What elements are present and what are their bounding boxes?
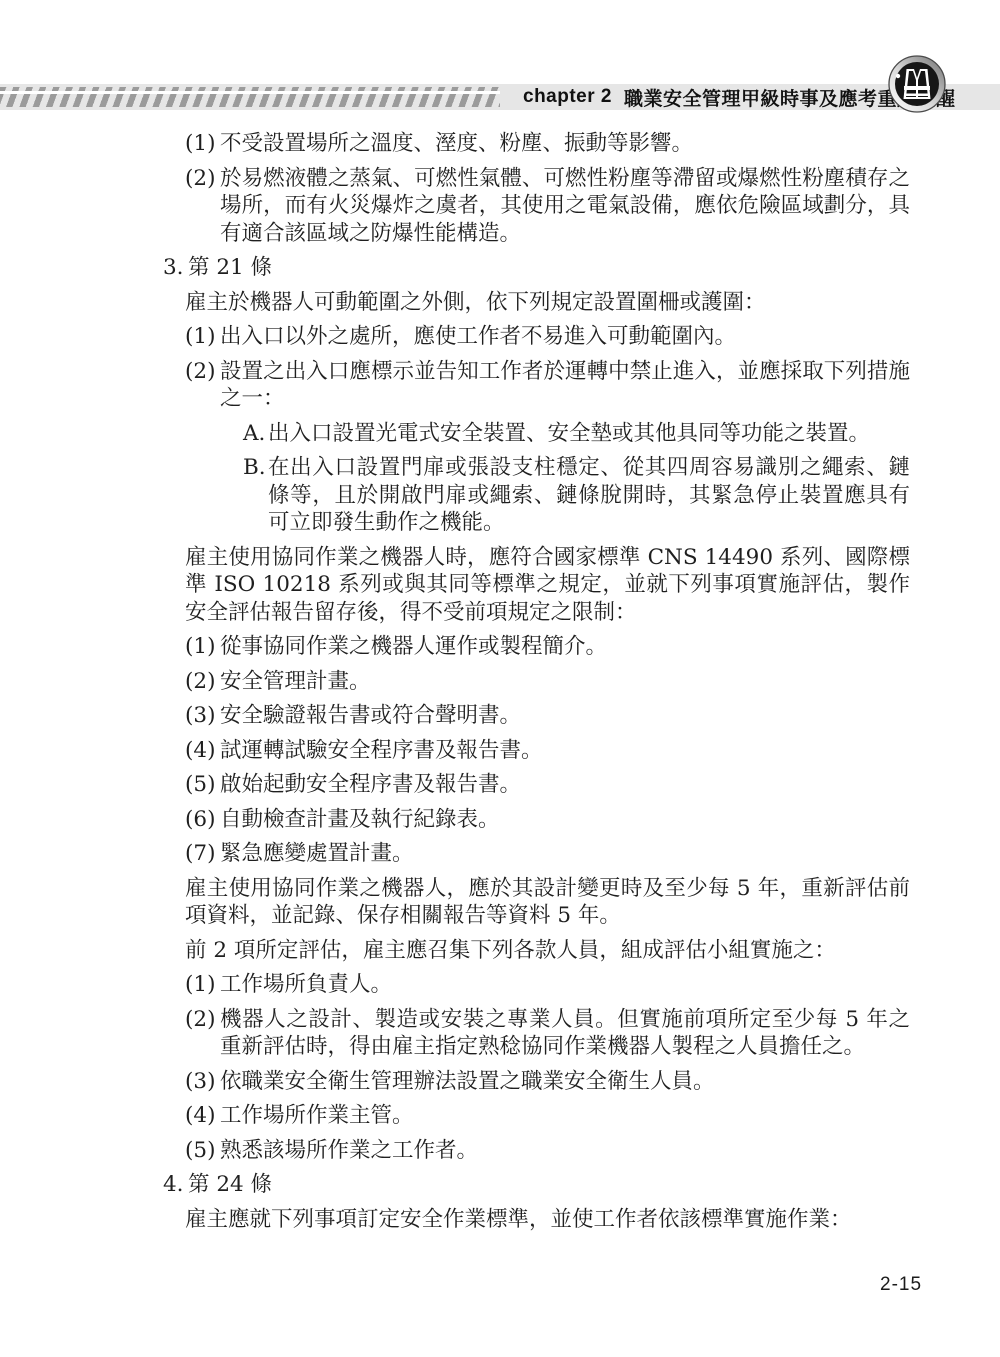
content-block: (1)工作場所負責人。 <box>163 971 910 999</box>
block-text: 於易燃液體之蒸氣、可燃性氣體、可燃性粉塵等滯留或爆燃性粉塵積存之場所，而有火災爆… <box>220 165 910 248</box>
content-block: (1)出入口以外之處所，應使工作者不易進入可動範圍內。 <box>163 323 910 351</box>
content-block: B.在出入口設置門扉或張設支柱穩定、從其四周容易識別之繩索、鏈條等，且於開啟門扉… <box>163 454 910 537</box>
block-text: 工作場所負責人。 <box>220 971 910 999</box>
content-block: (6)自動檢查計畫及執行紀錄表。 <box>163 806 910 834</box>
safety-vest-icon <box>888 55 946 113</box>
list-marker: (3) <box>185 1068 220 1096</box>
list-marker: (5) <box>185 1137 220 1165</box>
block-text: 雇主於機器人可動範圍之外側，依下列規定設置圍柵或護圍： <box>185 289 910 317</box>
list-marker: (1) <box>185 323 220 351</box>
list-marker: (2) <box>185 1006 220 1061</box>
list-marker: (1) <box>185 633 220 661</box>
block-text: 出入口以外之處所，應使工作者不易進入可動範圍內。 <box>220 323 910 351</box>
block-text: 第 24 條 <box>188 1171 910 1199</box>
block-text: 試運轉試驗安全程序書及報告書。 <box>220 737 910 765</box>
header-stripes-decoration <box>0 87 500 107</box>
content-block: (1)不受設置場所之溫度、溼度、粉塵、振動等影響。 <box>163 130 910 158</box>
content-block: (2)安全管理計畫。 <box>163 668 910 696</box>
content-block: (2)機器人之設計、製造或安裝之專業人員。但實施前項所定至少每 5 年之重新評估… <box>163 1006 910 1061</box>
block-text: 在出入口設置門扉或張設支柱穩定、從其四周容易識別之繩索、鏈條等，且於開啟門扉或繩… <box>268 454 910 537</box>
block-text: 工作場所作業主管。 <box>220 1102 910 1130</box>
block-text: 雇主使用協同作業之機器人，應於其設計變更時及至少每 5 年，重新評估前項資料，並… <box>185 875 910 930</box>
block-text: 雇主使用協同作業之機器人時，應符合國家標準 CNS 14490 系列、國際標準 … <box>185 544 910 627</box>
content-block: (7)緊急應變處置計畫。 <box>163 840 910 868</box>
content-block: (1)從事協同作業之機器人運作或製程簡介。 <box>163 633 910 661</box>
block-text: 熟悉該場所作業之工作者。 <box>220 1137 910 1165</box>
content-block: (3)依職業安全衛生管理辦法設置之職業安全衛生人員。 <box>163 1068 910 1096</box>
content-block: 雇主使用協同作業之機器人，應於其設計變更時及至少每 5 年，重新評估前項資料，並… <box>163 875 910 930</box>
content-block: (3)安全驗證報告書或符合聲明書。 <box>163 702 910 730</box>
list-marker: (5) <box>185 771 220 799</box>
block-text: 啟始起動安全程序書及報告書。 <box>220 771 910 799</box>
content-block: (5)啟始起動安全程序書及報告書。 <box>163 771 910 799</box>
list-marker: (1) <box>185 971 220 999</box>
page-content: (1)不受設置場所之溫度、溼度、粉塵、振動等影響。(2)於易燃液體之蒸氣、可燃性… <box>163 130 910 1233</box>
block-text: 不受設置場所之溫度、溼度、粉塵、振動等影響。 <box>220 130 910 158</box>
list-marker: 3. <box>163 254 188 282</box>
block-text: 自動檢查計畫及執行紀錄表。 <box>220 806 910 834</box>
content-block: 雇主應就下列事項訂定安全作業標準，並使工作者依該標準實施作業： <box>163 1206 910 1234</box>
block-text: 機器人之設計、製造或安裝之專業人員。但實施前項所定至少每 5 年之重新評估時，得… <box>220 1006 910 1061</box>
chapter-header-band: chapter 2 職業安全管理甲級時事及應考重點提醒 <box>0 84 1000 110</box>
content-block: 雇主使用協同作業之機器人時，應符合國家標準 CNS 14490 系列、國際標準 … <box>163 544 910 627</box>
block-text: 前 2 項所定評估，雇主應召集下列各款人員，組成評估小組實施之： <box>185 937 910 965</box>
block-text: 安全管理計畫。 <box>220 668 910 696</box>
block-text: 設置之出入口應標示並告知工作者於運轉中禁止進入，並應採取下列措施之一： <box>220 358 910 413</box>
content-block: (2)設置之出入口應標示並告知工作者於運轉中禁止進入，並應採取下列措施之一： <box>163 358 910 413</box>
list-marker: 4. <box>163 1171 188 1199</box>
block-text: 安全驗證報告書或符合聲明書。 <box>220 702 910 730</box>
content-block: (5)熟悉該場所作業之工作者。 <box>163 1137 910 1165</box>
list-marker: (3) <box>185 702 220 730</box>
block-text: 依職業安全衛生管理辦法設置之職業安全衛生人員。 <box>220 1068 910 1096</box>
section-item: 4.第 24 條 <box>163 1171 910 1199</box>
list-marker: (4) <box>185 1102 220 1130</box>
list-marker: (1) <box>185 130 220 158</box>
content-block: 前 2 項所定評估，雇主應召集下列各款人員，組成評估小組實施之： <box>163 937 910 965</box>
block-text: 雇主應就下列事項訂定安全作業標準，並使工作者依該標準實施作業： <box>185 1206 910 1234</box>
chapter-label: chapter 2 <box>523 86 612 108</box>
section-item: 3.第 21 條 <box>163 254 910 282</box>
list-marker: A. <box>243 420 268 448</box>
content-block: A.出入口設置光電式安全裝置、安全墊或其他具同等功能之裝置。 <box>163 420 910 448</box>
list-marker: (6) <box>185 806 220 834</box>
list-marker: (2) <box>185 668 220 696</box>
block-text: 出入口設置光電式安全裝置、安全墊或其他具同等功能之裝置。 <box>268 420 910 448</box>
content-block: (4)工作場所作業主管。 <box>163 1102 910 1130</box>
list-marker: (2) <box>185 358 220 413</box>
list-marker: (7) <box>185 840 220 868</box>
content-block: 雇主於機器人可動範圍之外側，依下列規定設置圍柵或護圍： <box>163 289 910 317</box>
content-block: (4)試運轉試驗安全程序書及報告書。 <box>163 737 910 765</box>
list-marker: B. <box>243 454 268 537</box>
block-text: 緊急應變處置計畫。 <box>220 840 910 868</box>
block-text: 從事協同作業之機器人運作或製程簡介。 <box>220 633 910 661</box>
block-text: 第 21 條 <box>188 254 910 282</box>
list-marker: (4) <box>185 737 220 765</box>
page-number: 2-15 <box>880 1274 922 1296</box>
content-block: (2)於易燃液體之蒸氣、可燃性氣體、可燃性粉塵等滯留或爆燃性粉塵積存之場所，而有… <box>163 165 910 248</box>
list-marker: (2) <box>185 165 220 248</box>
